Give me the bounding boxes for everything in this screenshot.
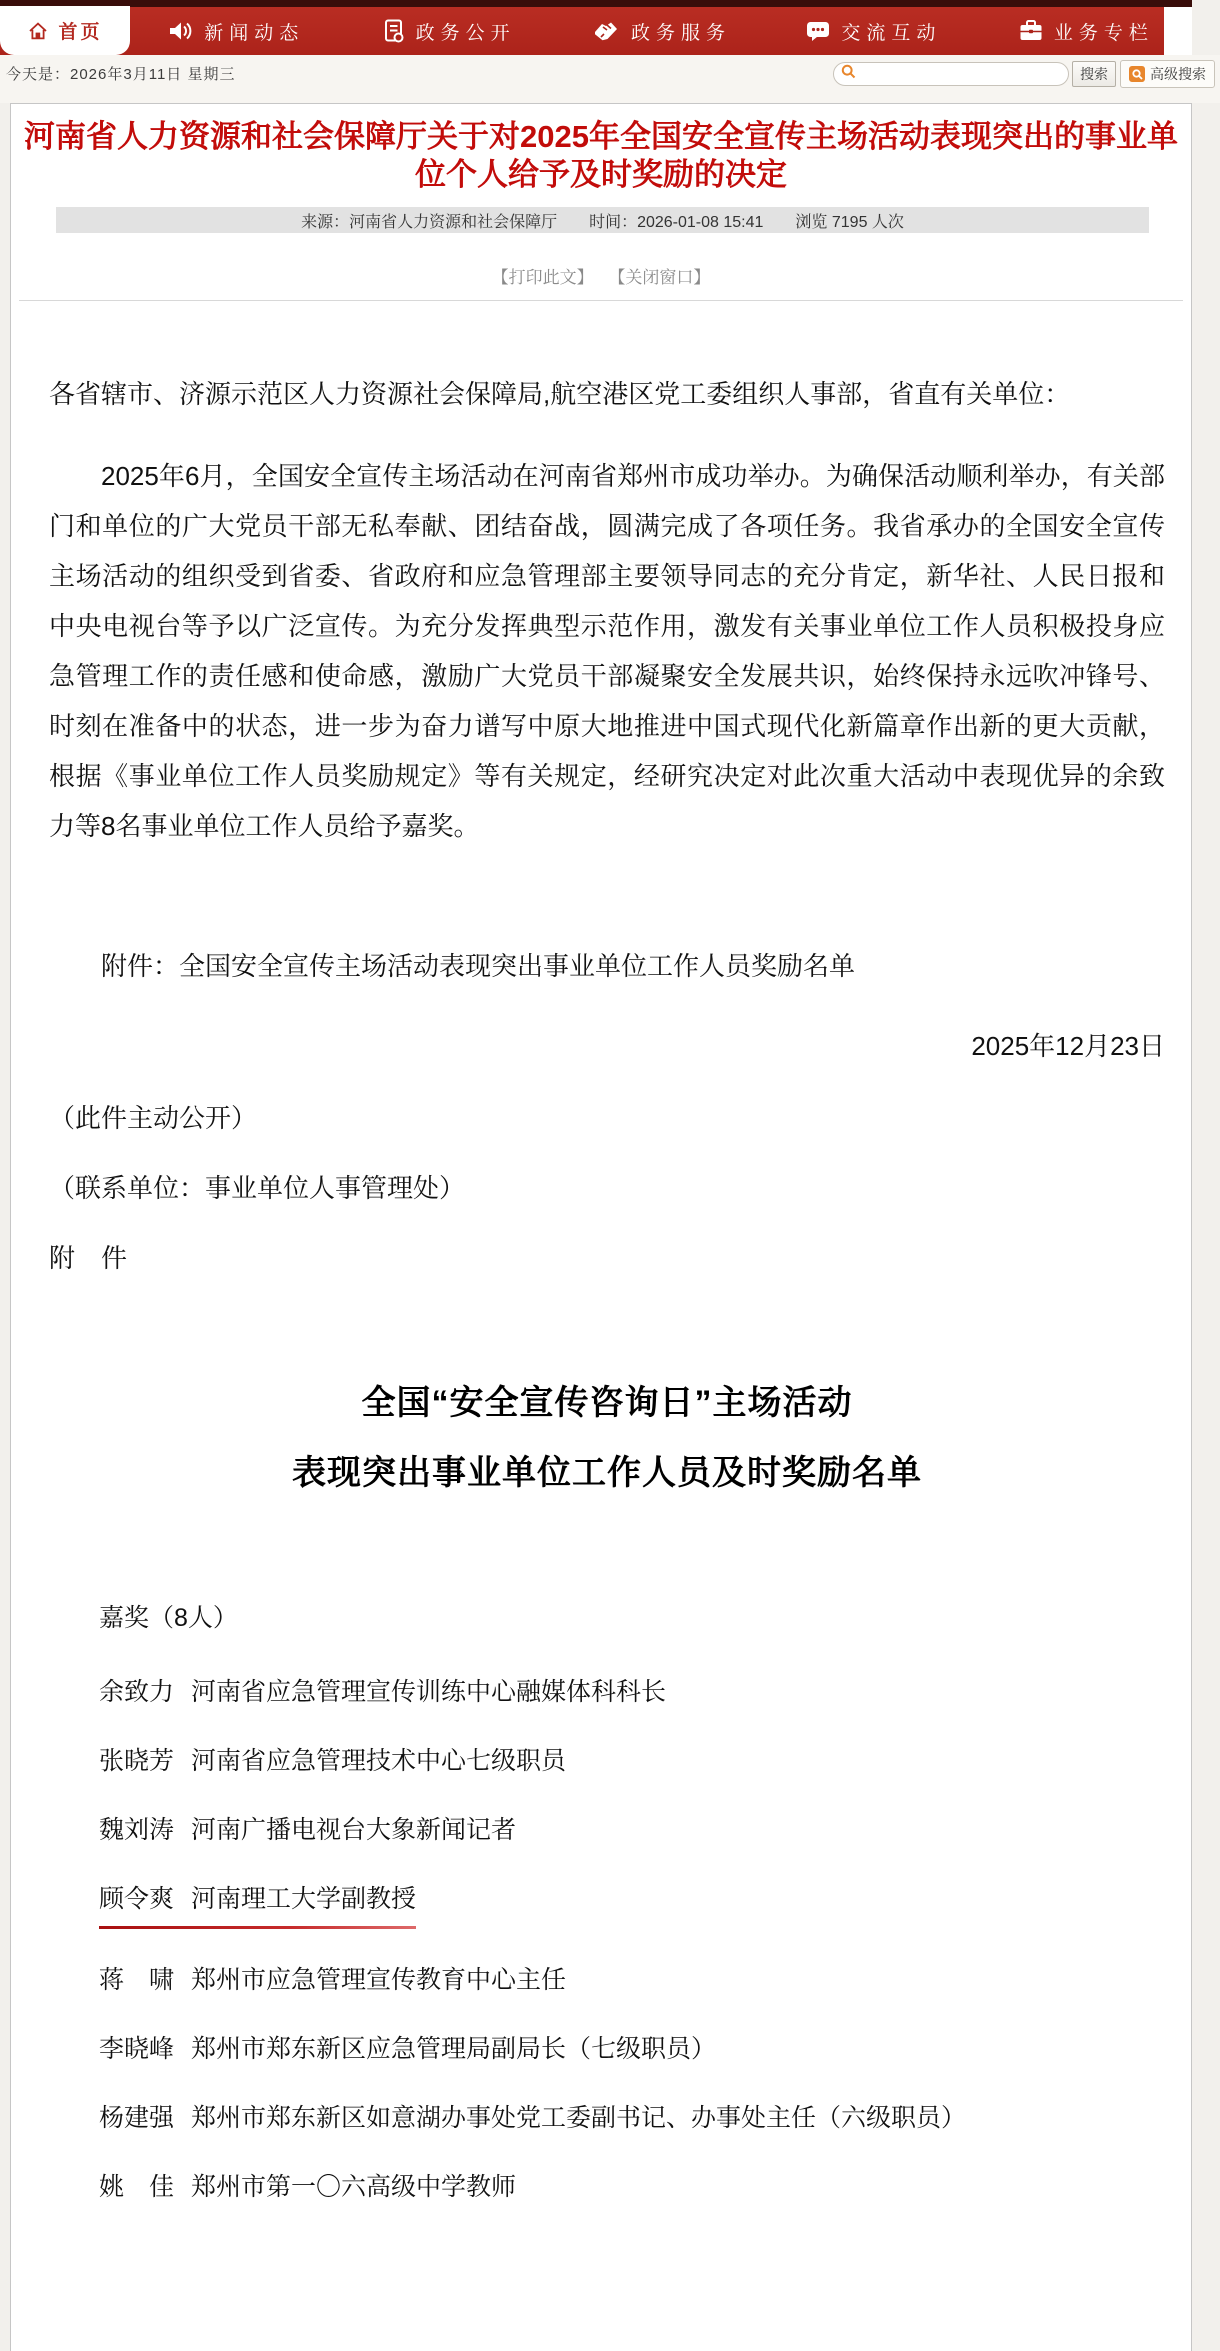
nav-item-gov-info[interactable]: 政务公开 [342,7,554,55]
note-public: （此件主动公开） [49,1103,1165,1133]
page-title: 河南省人力资源和社会保障厅关于对2025年全国安全宣传主场活动表现突出的事业单位… [21,118,1181,194]
nav-item-label: 政务公开 [416,18,516,45]
briefcase-icon [1018,19,1044,43]
document-date: 2025年12月23日 [49,1031,1165,1061]
salutation: 各省辖市、济源示范区人力资源社会保障局,航空港区党工委组织人事部，省直有关单位： [49,379,1165,409]
person-name: 杨建强 [99,2100,174,2136]
nav-item-gov-service[interactable]: 政务服务 [555,7,767,55]
document-icon [382,18,406,44]
person-row: 魏刘涛河南广播电视台大象新闻记者 [49,1812,1165,1848]
person-title: 河南省应急管理技术中心七级职员 [191,1743,566,1779]
print-link[interactable]: 【打印此文】 [492,268,594,287]
article-actions: 【打印此文】 【关闭窗口】 [11,263,1191,288]
nav-item-label: 政务服务 [631,18,731,45]
person-name: 李晓峰 [99,2031,174,2067]
person-title: 河南广播电视台大象新闻记者 [191,1812,516,1848]
top-dark-strip [0,0,1192,7]
person-name: 魏刘涛 [99,1812,174,1848]
note-contact: （联系单位：事业单位人事管理处） [49,1173,1165,1203]
nav-item-business[interactable]: 业务专栏 [980,7,1192,55]
home-icon [27,20,49,42]
speaker-icon [168,19,194,43]
person-row-highlighted: 顾令爽河南理工大学副教授 [49,1881,1165,1929]
person-row: 余致力河南省应急管理宣传训练中心融媒体科科长 [49,1674,1165,1710]
search-icon [841,64,856,84]
advanced-search-button[interactable]: 高级搜索 [1120,60,1215,88]
person-name: 蒋 啸 [99,1962,174,1998]
chat-icon [805,19,831,43]
article-panel: 河南省人力资源和社会保障厅关于对2025年全国安全宣传主场活动表现突出的事业单位… [10,103,1192,2351]
meta-source: 来源：河南省人力资源和社会保障厅 [301,209,557,232]
person-name: 姚 佳 [99,2169,174,2205]
person-row: 李晓峰郑州市郑东新区应急管理局副局长（七级职员） [49,2031,1165,2067]
person-title: 郑州市郑东新区应急管理局副局长（七级职员） [191,2031,716,2067]
nav-item-label: 新闻动态 [204,18,304,45]
close-link[interactable]: 【关闭窗口】 [608,268,710,287]
navbar-right-cap [1164,7,1192,62]
search-group: 搜索 高级搜索 [833,60,1215,88]
nav-tab-home[interactable]: 首页 [0,6,130,55]
person-name: 张晓芳 [99,1743,174,1779]
appendix-label: 附 件 [49,1243,1165,1273]
person-row: 姚 佳郑州市第一〇六高级中学教师 [49,2169,1165,2205]
person-row: 张晓芳河南省应急管理技术中心七级职员 [49,1743,1165,1779]
meta-time: 时间：2026-01-08 15:41 [589,209,763,232]
nav-item-label: 交流互动 [841,18,941,45]
highlight-underline: 顾令爽河南理工大学副教授 [99,1881,416,1929]
nav-item-label: 业务专栏 [1054,18,1154,45]
main-paragraph: 2025年6月，全国安全宣传主场活动在河南省郑州市成功举办。为确保活动顺利举办，… [49,451,1165,851]
header-strip: 今天是：2026年3月11日 星期三 搜索 高级搜索 [0,55,1220,103]
person-title: 河南理工大学副教授 [191,1881,416,1917]
advanced-search-label: 高级搜索 [1150,64,1206,84]
nav-item-interaction[interactable]: 交流互动 [767,7,979,55]
award-count-label: 嘉奖（8人） [49,1600,1165,1636]
person-row: 杨建强郑州市郑东新区如意湖办事处党工委副书记、办事处主任（六级职员） [49,2100,1165,2136]
divider [19,300,1183,301]
main-navbar: 首页 新闻动态 政务公开 [0,7,1192,55]
person-name: 顾令爽 [99,1881,174,1917]
search-button[interactable]: 搜索 [1072,61,1116,87]
person-row: 蒋 啸郑州市应急管理宣传教育中心主任 [49,1962,1165,1998]
nav-item-news[interactable]: 新闻动态 [130,7,342,55]
handshake-icon [591,18,621,44]
today-date: 今天是：2026年3月11日 星期三 [6,63,235,84]
meta-bar: 来源：河南省人力资源和社会保障厅 时间：2026-01-08 15:41 浏览 … [56,207,1149,233]
person-title: 河南省应急管理宣传训练中心融媒体科科长 [191,1674,666,1710]
appendix-heading-line2: 表现突出事业单位工作人员及时奖励名单 [49,1451,1165,1495]
nav-home-label: 首页 [58,17,102,44]
person-title: 郑州市应急管理宣传教育中心主任 [191,1962,566,1998]
person-name: 余致力 [99,1674,174,1710]
advanced-search-icon [1129,66,1145,82]
person-title: 郑州市郑东新区如意湖办事处党工委副书记、办事处主任（六级职员） [191,2100,966,2136]
search-input[interactable] [861,64,1068,84]
appendix-heading-line1: 全国“安全宣传咨询日”主场活动 [49,1381,1165,1425]
person-title: 郑州市第一〇六高级中学教师 [191,2169,516,2205]
meta-views: 浏览 7195 人次 [795,209,904,232]
attachment-line: 附件：全国安全宣传主场活动表现突出事业单位工作人员奖励名单 [49,951,1165,981]
search-box[interactable] [833,62,1069,86]
